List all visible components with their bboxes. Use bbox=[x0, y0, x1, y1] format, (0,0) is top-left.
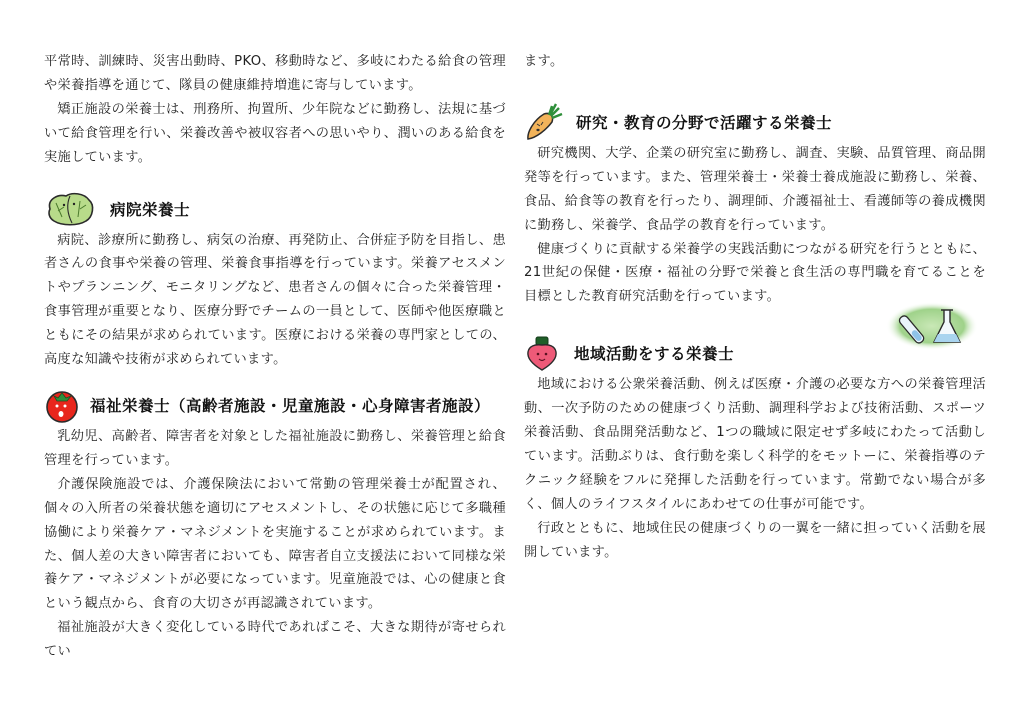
section-title: 病院栄養士 bbox=[110, 198, 190, 220]
left-column: 平常時、訓練時、災害出動時、PKO、移動時など、多岐にわたる給食の管理や栄養指導… bbox=[44, 50, 506, 664]
section-heading-hospital: 病院栄養士 bbox=[44, 189, 506, 229]
tomato-icon bbox=[44, 386, 80, 424]
lettuce-icon bbox=[44, 191, 96, 227]
section-heading-research: 研究・教育の分野で活躍する栄養士 bbox=[524, 102, 986, 142]
carrot-icon bbox=[524, 102, 564, 142]
continuation-text: ます。 bbox=[524, 50, 986, 74]
section-title: 研究・教育の分野で活躍する栄養士 bbox=[576, 111, 832, 133]
section-title: 地域活動をする栄養士 bbox=[574, 342, 734, 364]
welfare-paragraph-1: 乳幼児、高齢者、障害者を対象とした福祉施設に勤務し、栄養管理と給食管理を行ってい… bbox=[44, 425, 506, 473]
section-title: 福祉栄養士（高齢者施設・児童施設・心身障害者施設） bbox=[90, 394, 490, 416]
radish-icon bbox=[524, 334, 560, 372]
test-tube-flask-icon bbox=[886, 302, 978, 350]
welfare-paragraph-3: 福祉施設が大きく変化している時代であればこそ、大きな期待が寄せられてい bbox=[44, 616, 506, 664]
intro-paragraph-1: 平常時、訓練時、災害出動時、PKO、移動時など、多岐にわたる給食の管理や栄養指導… bbox=[44, 50, 506, 98]
research-paragraph-2: 健康づくりに貢献する栄養学の実践活動につながる研究を行うとともに、21世紀の保健… bbox=[524, 238, 986, 310]
intro-paragraph-2: 矯正施設の栄養士は、刑務所、拘置所、少年院などに勤務し、法規に基づいて給食管理を… bbox=[44, 98, 506, 170]
hospital-paragraph-1: 病院、診療所に勤務し、病気の治療、再発防止、合併症予防を目指し、患者さんの食事や… bbox=[44, 229, 506, 372]
welfare-paragraph-2: 介護保険施設では、介護保険法において常勤の管理栄養士が配置され、個々の入所者の栄… bbox=[44, 473, 506, 616]
research-paragraph-1: 研究機関、大学、企業の研究室に勤務し、調査、実験、品質管理、商品開発等を行ってい… bbox=[524, 142, 986, 238]
community-paragraph-1: 地域における公衆栄養活動、例えば医療・介護の必要な方への栄養管理活動、一次予防の… bbox=[524, 373, 986, 516]
community-paragraph-2: 行政とともに、地域住民の健康づくりの一翼を一緒に担っていく活動を展開しています。 bbox=[524, 517, 986, 565]
section-heading-welfare: 福祉栄養士（高齢者施設・児童施設・心身障害者施設） bbox=[44, 385, 506, 425]
